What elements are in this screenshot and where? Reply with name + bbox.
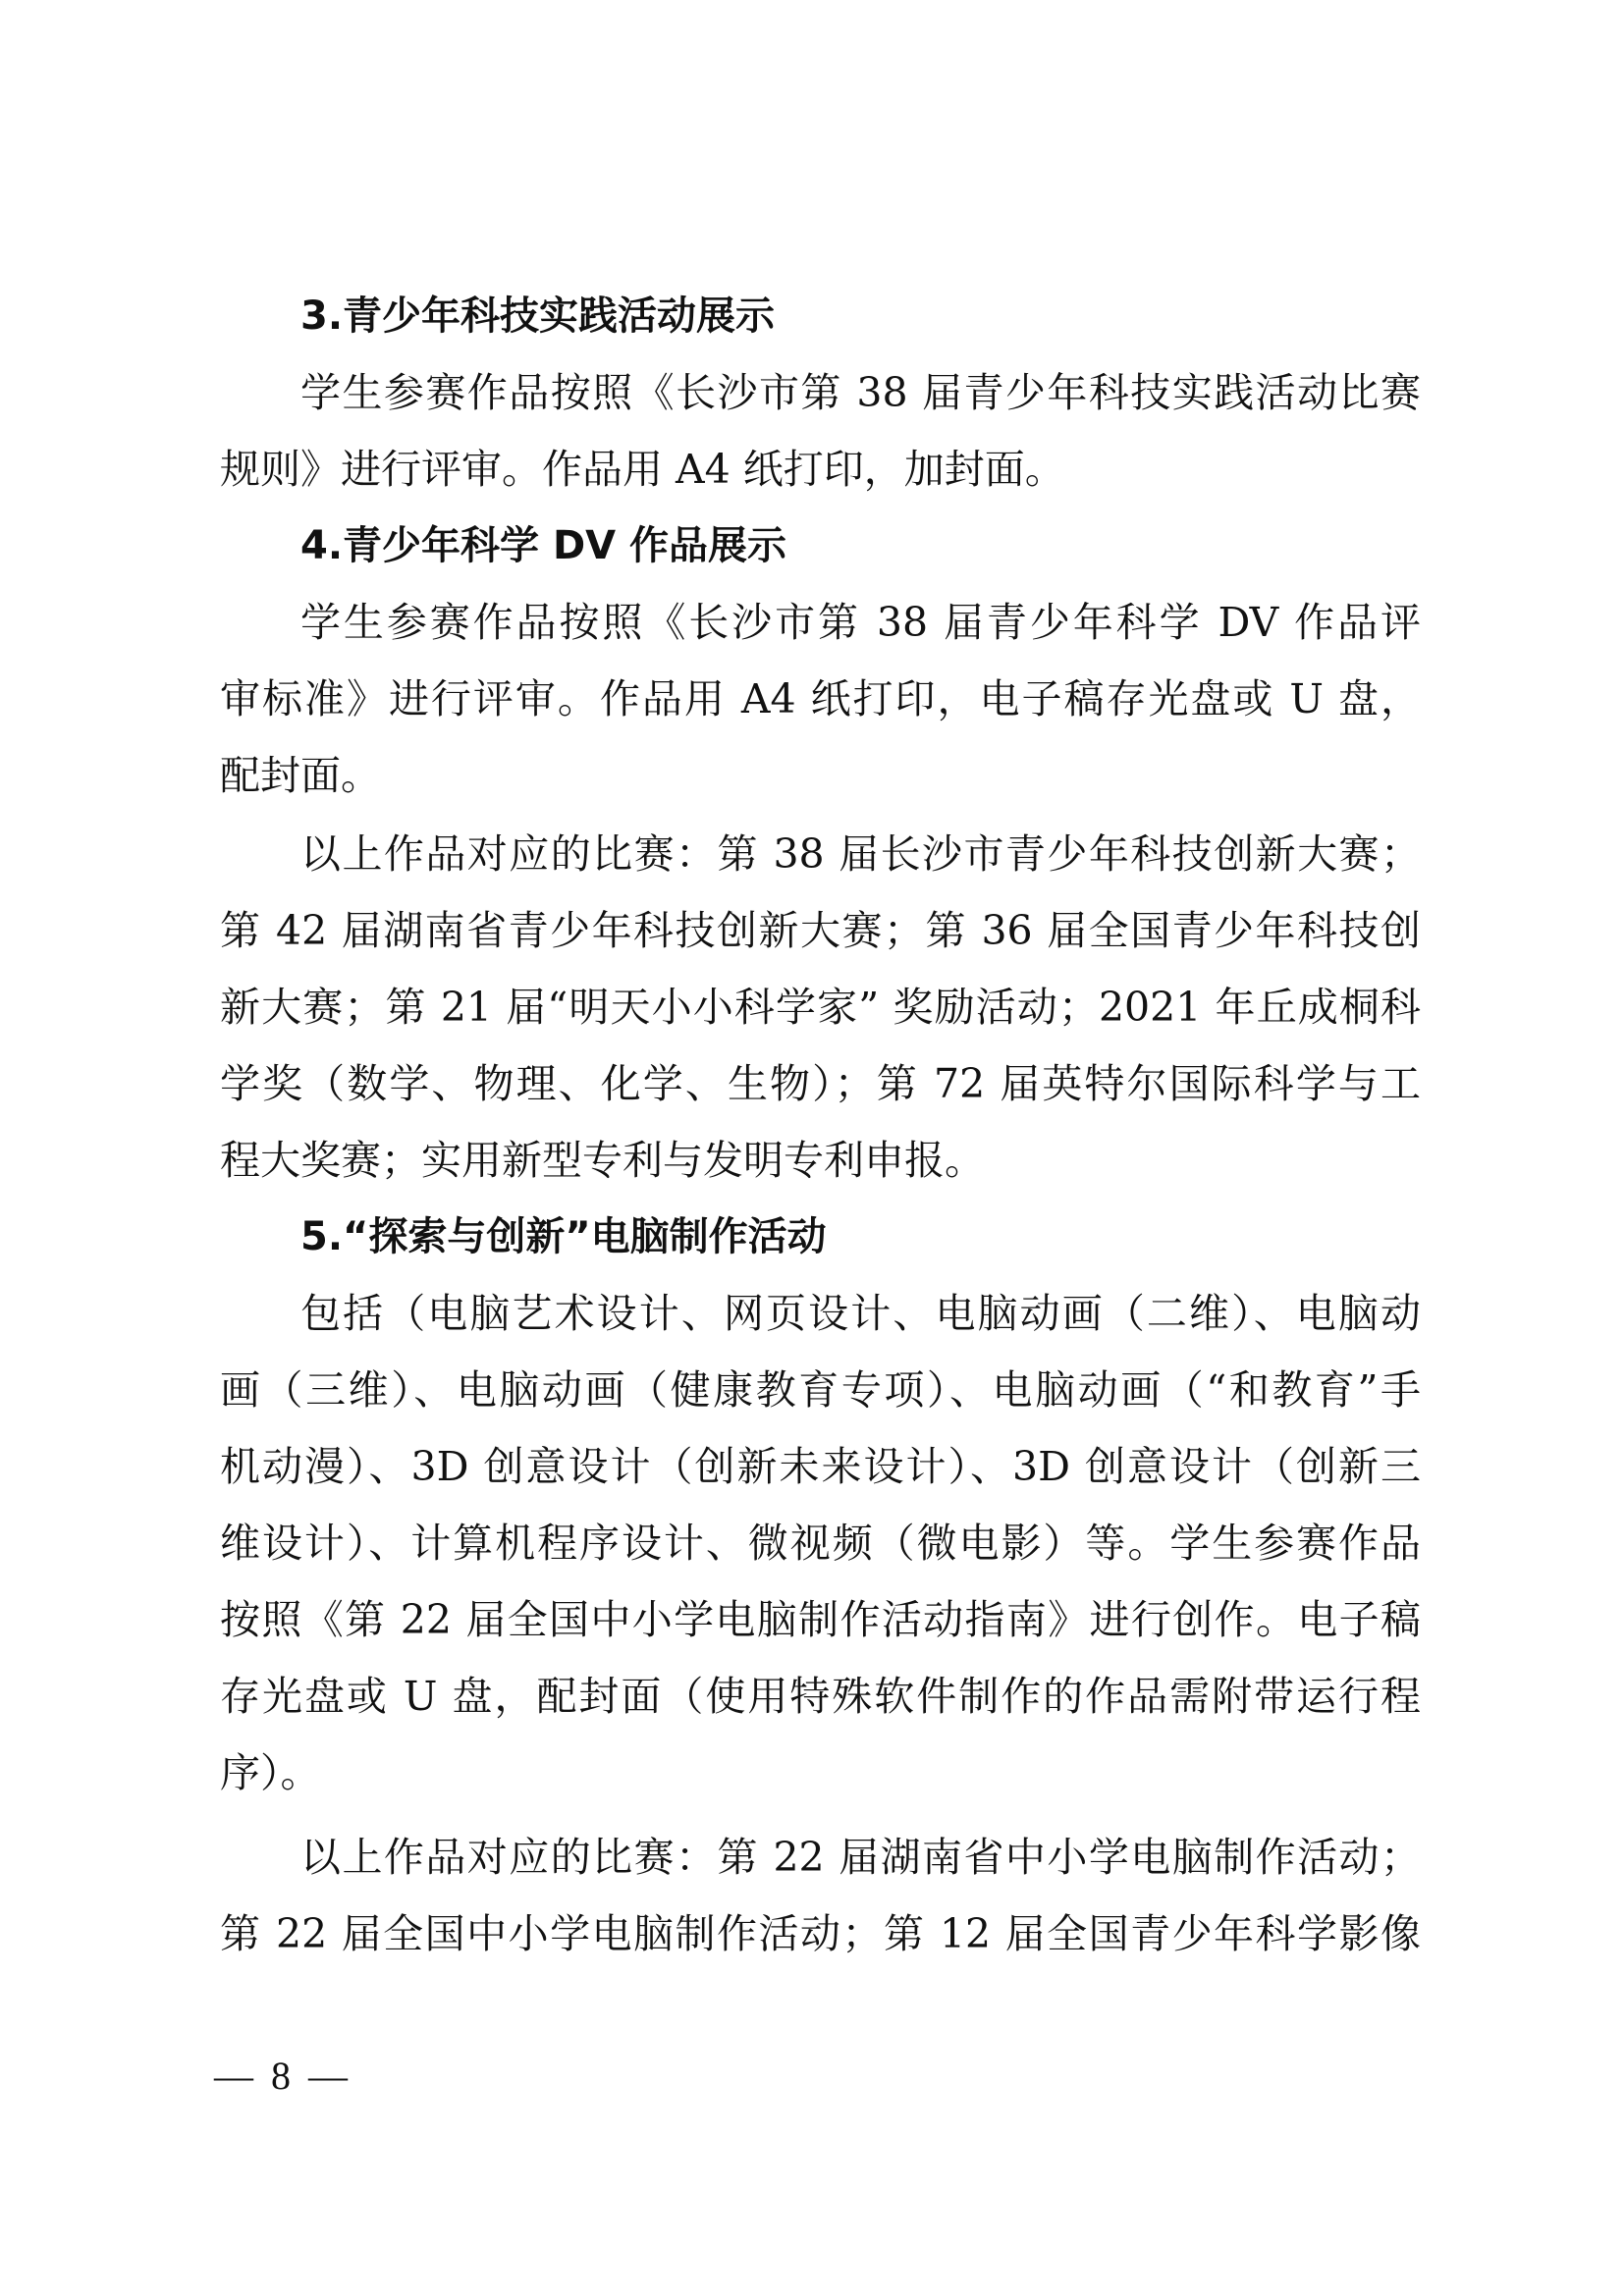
paragraph-line: 规则》进行评审。作品用 A4 纸打印，加封面。 xyxy=(220,440,1421,499)
paragraph-line: 画（三维）、电脑动画（健康教育专项）、电脑动画（“和教育”手 xyxy=(220,1361,1421,1419)
document-page: 3.青少年科技实践活动展示 学生参赛作品按照《长沙市第 38 届青少年科技实践活… xyxy=(0,0,1624,2296)
paragraph-line: 机动漫）、3D 创意设计（创新未来设计）、3D 创意设计（创新三 xyxy=(220,1437,1421,1496)
section-heading-4: 4.青少年科学 DV 作品展示 xyxy=(300,516,1421,575)
paragraph-line: 存光盘或 U 盘，配封面（使用特殊软件制作的作品需附带运行程 xyxy=(220,1667,1421,1726)
paragraph-line: 新大赛；第 21 届“明天小小科学家” 奖励活动；2021 年丘成桐科 xyxy=(220,978,1421,1037)
paragraph-line: 以上作品对应的比赛：第 22 届湖南省中小学电脑制作活动； xyxy=(300,1828,1421,1887)
paragraph-line: 以上作品对应的比赛：第 38 届长沙市青少年科技创新大赛； xyxy=(300,825,1421,883)
paragraph-line: 程大奖赛；实用新型专利与发明专利申报。 xyxy=(220,1131,1421,1190)
paragraph-line: 第 22 届全国中小学电脑制作活动；第 12 届全国青少年科学影像 xyxy=(220,1904,1421,1963)
paragraph-line: 学生参赛作品按照《长沙市第 38 届青少年科技实践活动比赛 xyxy=(300,363,1421,422)
section-heading-5: 5.“探索与创新”电脑制作活动 xyxy=(300,1207,1421,1266)
paragraph-line: 学生参赛作品按照《长沙市第 38 届青少年科学 DV 作品评 xyxy=(300,593,1421,652)
paragraph-line: 维设计）、计算机程序设计、微视频（微电影）等。学生参赛作品 xyxy=(220,1514,1421,1573)
page-number: — 8 — xyxy=(214,2052,352,2101)
paragraph-line: 按照《第 22 届全国中小学电脑制作活动指南》进行创作。电子稿 xyxy=(220,1590,1421,1649)
paragraph-line: 配封面。 xyxy=(220,746,1421,805)
paragraph-line: 审标准》进行评审。作品用 A4 纸打印，电子稿存光盘或 U 盘， xyxy=(220,669,1421,728)
paragraph-line: 学奖（数学、物理、化学、生物）；第 72 届英特尔国际科学与工 xyxy=(220,1054,1421,1113)
section-heading-3: 3.青少年科技实践活动展示 xyxy=(300,287,1421,346)
paragraph-line: 包括（电脑艺术设计、网页设计、电脑动画（二维）、电脑动 xyxy=(300,1284,1421,1343)
paragraph-line: 第 42 届湖南省青少年科技创新大赛；第 36 届全国青少年科技创 xyxy=(220,901,1421,960)
paragraph-line: 序）。 xyxy=(220,1743,1421,1802)
